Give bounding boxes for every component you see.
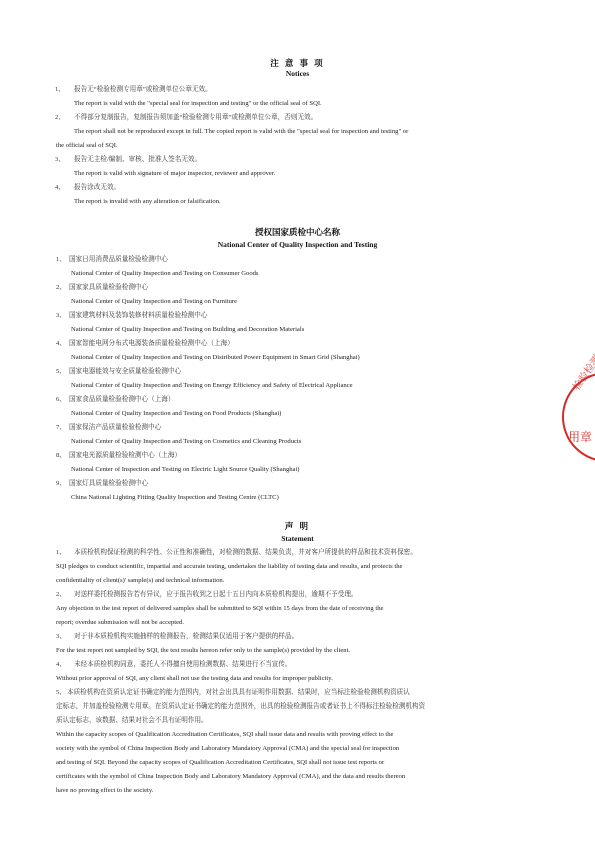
center-7-num: 7、 — [56, 423, 66, 432]
center-1-en: National Center of Quality Inspection an… — [71, 269, 259, 278]
document-page: 注 意 事 项 Notices 1、 报告无“检验检测专用章”或检测单位公章无效… — [0, 0, 595, 842]
center-6-en: National Center of Quality Inspection an… — [71, 409, 281, 418]
center-2-en: National Center of Quality Inspection an… — [71, 297, 237, 306]
statement-1-en-line1: SQI pledges to conduct scientific, impar… — [56, 562, 402, 571]
notice-1-en: The report is valid with the "special se… — [74, 99, 322, 108]
center-8-cn: 国家电光源质量检验检测中心（上海） — [69, 451, 181, 460]
centers-title-en: National Center of Quality Inspection an… — [0, 240, 595, 249]
center-9-en: China National Lighting Fitting Quality … — [71, 493, 279, 502]
inspection-seal-stamp: 检验检测专 用章 — [562, 372, 595, 462]
center-7-cn: 国家保洁产品质量检验检测中心 — [69, 423, 161, 432]
statement-3-en: For the test report not sampled by SQI, … — [56, 646, 350, 655]
center-5-en: National Center of Quality Inspection an… — [71, 381, 353, 390]
center-5-cn: 国家电器能效与安全质量检验检测中心 — [69, 367, 181, 376]
center-6-cn: 国家食品质量检验检测中心（上海） — [69, 395, 175, 404]
center-3-en: National Center of Quality Inspection an… — [71, 325, 304, 334]
center-2-cn: 国家家具质量检验检测中心 — [69, 283, 148, 292]
center-9-cn: 国家灯具质量检验检测中心 — [69, 479, 148, 488]
statement-5-cn-line2: 定标志，并加盖检验检测专用章。在资质认定证书确定的能力范围外，出具的检验检测报告… — [56, 702, 425, 711]
statement-4-en: Without prior approval of SQI, any clien… — [56, 674, 333, 683]
center-5-num: 5、 — [56, 367, 66, 376]
statement-5-en-line3: and testing of SQI. Beyond the capacity … — [56, 758, 384, 767]
statement-5-cn-line3: 质认定标志，该数据、结果对社会不具有证明作用。 — [56, 716, 208, 725]
center-4-num: 4、 — [56, 339, 66, 348]
notice-2-cn: 不得部分复制报告，复制报告须加盖“检验检测专用章”或检测单位公章，否则无效。 — [74, 113, 317, 122]
statement-4-num: 4、 — [56, 660, 66, 669]
statement-2-num: 2、 — [56, 590, 66, 599]
center-3-num: 3、 — [56, 311, 66, 320]
notice-3-cn: 报告无主检/编制、审核、批准人签名无效。 — [74, 155, 201, 164]
center-2-num: 2、 — [56, 283, 66, 292]
statement-1-cn: 本质检机构保证检测的科学性、公正性和准确性，对检测的数据、结果负责，并对客户所提… — [74, 548, 417, 557]
notice-4-num: 4、 — [55, 183, 65, 192]
notice-2-num: 2、 — [55, 113, 65, 122]
statement-3-cn: 对于非本质检机构实施抽样的检测报告，检测结果仅适用于客户提供的样品。 — [74, 632, 298, 641]
statement-5-en-line1: Within the capacity scopes of Qualificat… — [56, 730, 393, 739]
center-1-num: 1、 — [56, 255, 66, 264]
statement-5-en-line5: have no proving effect to the society. — [56, 786, 153, 795]
notice-3-en: The report is valid with signature of ma… — [74, 169, 275, 178]
statement-5-cn-line1: 本质检机构在资质认定证书确定的能力范围内，对社会出具具有证明作用数据、结果时，应… — [67, 688, 410, 697]
statement-5-en-line2: society with the symbol of China Inspect… — [56, 744, 399, 753]
center-7-en: National Center of Quality Inspection an… — [71, 437, 301, 446]
center-8-en: National Center of Inspection and Testin… — [71, 465, 300, 474]
center-3-cn: 国家建筑材料及装饰装修材料质量检验检测中心 — [69, 311, 207, 320]
notices-title-cn: 注 意 事 项 — [0, 57, 595, 69]
center-4-en: National Center of Quality Inspection an… — [71, 353, 360, 362]
notice-4-en: The report is invalid with any alteratio… — [74, 197, 221, 206]
center-1-cn: 国家日用消费品质量检验检测中心 — [69, 255, 168, 264]
seal-main-text: 用章 — [568, 428, 592, 445]
notice-4-cn: 报告涂改无效。 — [74, 183, 120, 192]
statement-5-num: 5、 — [56, 688, 66, 697]
statement-2-en-line1: Any objection to the test report of deli… — [56, 604, 383, 613]
statement-2-en-line2: report; overdue submission will not be a… — [56, 618, 184, 627]
centers-title-cn: 授权国家质检中心名称 — [0, 226, 595, 238]
statement-title-en: Statement — [0, 534, 595, 543]
statement-3-num: 3、 — [56, 632, 66, 641]
center-6-num: 6、 — [56, 395, 66, 404]
statement-1-en-line2: confidentiality of client(s)' sample(s) … — [56, 576, 224, 585]
seal-arc-text: 检验检测专 — [568, 343, 595, 393]
notice-2-en-line2: the official seal of SQI. — [56, 141, 118, 150]
notice-2-en-line1: The report shall not be reproduced excep… — [74, 127, 408, 136]
notice-1-num: 1、 — [55, 85, 65, 94]
notices-title-en: Notices — [0, 69, 595, 78]
center-4-cn: 国家智能电网分布式电源装备质量检验检测中心（上海） — [69, 339, 234, 348]
statement-1-num: 1、 — [56, 548, 66, 557]
statement-4-cn: 未经本质检机构同意，委托人不得擅自使用检测数据、结果进行不当宣传。 — [74, 660, 292, 669]
center-8-num: 8、 — [56, 451, 66, 460]
statement-title-cn: 声 明 — [0, 520, 595, 532]
statement-5-en-line4: certificates with the symbol of China In… — [56, 772, 405, 781]
statement-2-cn: 对送样委托检测报告若有异议，应于报告收到之日起十五日内向本质检机构提出，逾期不予… — [74, 590, 358, 599]
notice-1-cn: 报告无“检验检测专用章”或检测单位公章无效。 — [74, 85, 212, 94]
center-9-num: 9、 — [56, 479, 66, 488]
notice-3-num: 3、 — [55, 155, 65, 164]
